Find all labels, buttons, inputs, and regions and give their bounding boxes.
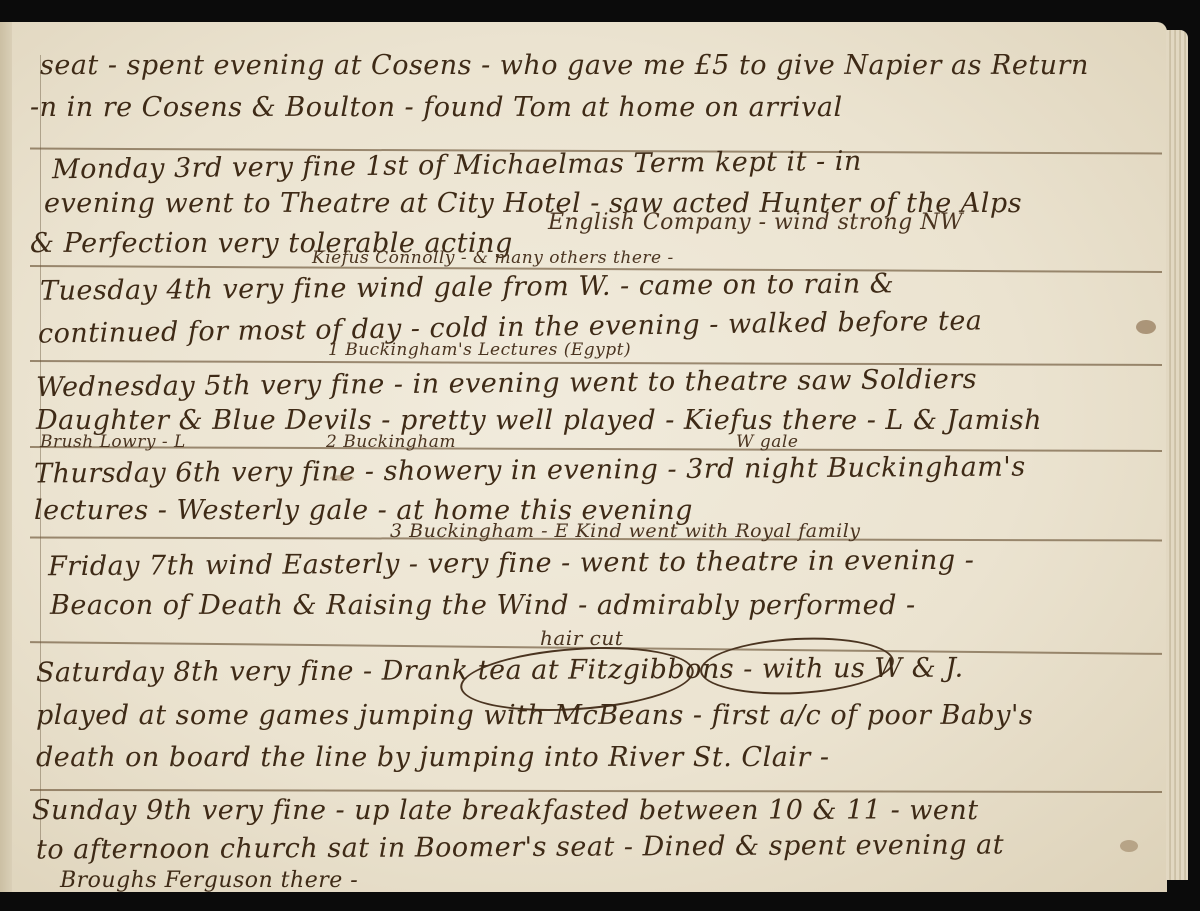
entry-line: Beacon of Death & Raising the Wind - adm… bbox=[50, 590, 916, 621]
entry-line: death on board the line by jumping into … bbox=[36, 742, 830, 773]
entry-line: seat - spent evening at Cosens - who gav… bbox=[40, 50, 1089, 81]
ink-stain bbox=[1120, 840, 1138, 852]
entry-line: Broughs Ferguson there - bbox=[60, 868, 358, 893]
ink-stain bbox=[330, 475, 354, 481]
annotation: Brush Lowry - L bbox=[40, 432, 186, 452]
annotation: 1 Buckingham's Lectures (Egypt) bbox=[328, 340, 631, 360]
entry-line: -n in re Cosens & Boulton - found Tom at… bbox=[30, 92, 843, 123]
entry-line: Sunday 9th very fine - up late breakfast… bbox=[32, 795, 979, 826]
entry-line: Friday 7th wind Easterly - very fine - w… bbox=[48, 545, 974, 582]
entry-line: played at some games jumping with McBean… bbox=[36, 700, 1033, 731]
annotation: W gale bbox=[736, 432, 798, 452]
page-edges bbox=[1166, 30, 1188, 880]
annotation: 3 Buckingham - E Kind went with Royal fa… bbox=[390, 520, 861, 542]
entry-line: to afternoon church sat in Boomer's seat… bbox=[36, 829, 1004, 865]
entry-line: Saturday 8th very fine - Drank tea at Fi… bbox=[36, 653, 964, 689]
annotation: Kiefus Connolly - & many others there - bbox=[312, 248, 674, 268]
margin-line bbox=[40, 55, 41, 855]
annotation: 2 Buckingham bbox=[326, 432, 456, 452]
annotation: English Company - wind strong NW bbox=[548, 210, 963, 235]
ink-stain bbox=[1136, 320, 1156, 334]
entry-line: Daughter & Blue Devils - pretty well pla… bbox=[36, 405, 1042, 436]
